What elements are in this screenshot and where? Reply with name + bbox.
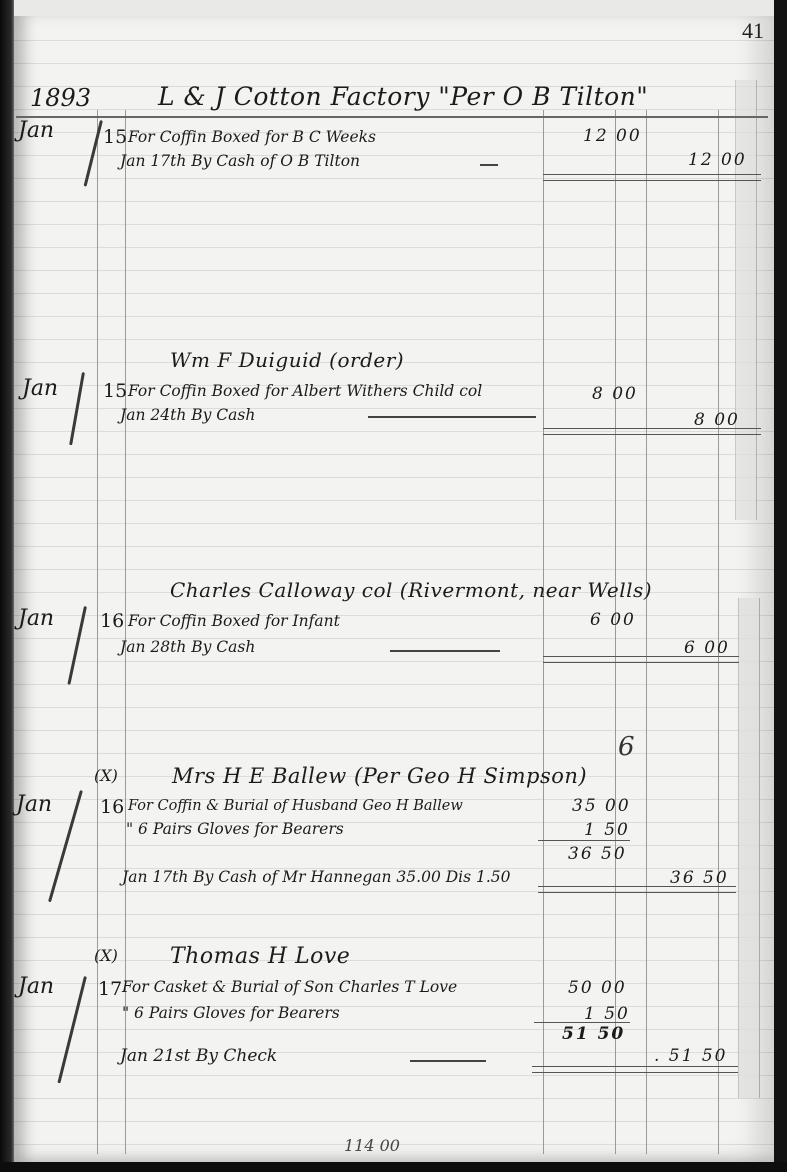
- rule-credit-start: [646, 110, 647, 1154]
- debit-amount: 1 50: [584, 1004, 630, 1024]
- entry-line: For Casket & Burial of Son Charles T Lov…: [122, 978, 457, 996]
- page-number: 41: [742, 18, 764, 44]
- debit-amount: 12 00: [583, 126, 642, 146]
- entry-marker: (X): [94, 946, 118, 965]
- scan-background-right: [774, 0, 787, 1172]
- entry-month: Jan: [18, 974, 54, 999]
- entry-line: Jan 17th By Cash of Mr Hannegan 35.00 Di…: [122, 868, 511, 886]
- entry-day: 15: [103, 380, 127, 402]
- scan-background-bottom: [0, 1162, 787, 1172]
- credit-amount: . 51 50: [654, 1046, 727, 1066]
- fill-dash: [410, 1060, 486, 1062]
- closing-double-rule: [543, 656, 739, 663]
- entry-line: For Coffin Boxed for B C Weeks: [128, 128, 376, 146]
- entry-line: " 6 Pairs Gloves for Bearers: [122, 1004, 340, 1022]
- entry-line: Jan 24th By Cash: [120, 406, 255, 424]
- header-rule: [16, 116, 768, 118]
- rule-debit-start: [543, 110, 544, 1154]
- closing-double-rule: [543, 174, 761, 181]
- fill-dash: [390, 650, 500, 652]
- rule-credit-cents: [718, 110, 719, 1154]
- closing-double-rule: [538, 886, 736, 893]
- subtotal-amount: 36 50: [568, 844, 627, 864]
- entry-month: Jan: [18, 606, 54, 631]
- debit-amount: 1 50: [584, 820, 630, 840]
- credit-amount: 12 00: [688, 150, 747, 170]
- entry-line: Jan 17th By Cash of O B Tilton: [120, 152, 360, 170]
- entry-line: " 6 Pairs Gloves for Bearers: [126, 820, 344, 838]
- closing-double-rule: [532, 1066, 738, 1073]
- account-name: L & J Cotton Factory "Per O B Tilton": [158, 82, 648, 111]
- index-tab: [738, 598, 760, 1098]
- entry-line: For Coffin Boxed for Albert Withers Chil…: [128, 382, 482, 400]
- page-footer-total: 114 00: [344, 1136, 400, 1155]
- entry-month: Jan: [16, 792, 52, 817]
- account-name: Mrs H E Ballew (Per Geo H Simpson): [172, 764, 587, 788]
- subtotal-rule: [534, 1022, 630, 1023]
- ledger-year: 1893: [30, 84, 91, 112]
- entry-marker: (X): [94, 766, 118, 785]
- entry-day: 15: [103, 126, 127, 148]
- account-name: Wm F Duiguid (order): [170, 348, 404, 372]
- credit-amount: 36 50: [670, 868, 729, 888]
- page-top-edge: [14, 0, 774, 16]
- entry-month: Jan: [22, 376, 58, 401]
- closing-double-rule: [543, 428, 761, 435]
- entry-month: Jan: [18, 118, 54, 143]
- entry-line: For Coffin & Burial of Husband Geo H Bal…: [128, 798, 463, 814]
- debit-amount: 35 00: [572, 796, 631, 816]
- subtotal-amount: 51 50: [562, 1024, 625, 1044]
- credit-amount: 6 00: [684, 638, 730, 658]
- credit-amount: 8 00: [694, 410, 740, 430]
- subtotal-rule: [538, 840, 630, 841]
- debit-amount: 6 00: [590, 610, 636, 630]
- index-tab: [735, 80, 757, 520]
- fill-dash: [480, 164, 498, 166]
- rule-day-particulars: [125, 110, 126, 1154]
- fill-dash: [368, 416, 536, 418]
- entry-day: 16: [100, 610, 124, 632]
- entry-day: 16: [100, 796, 124, 818]
- entry-line: For Coffin Boxed for Infant: [128, 612, 340, 630]
- entry-line: Jan 28th By Cash: [120, 638, 255, 656]
- account-name: Charles Calloway col (Rivermont, near We…: [170, 578, 652, 602]
- debit-amount: 50 00: [568, 978, 627, 998]
- debit-amount: 8 00: [592, 384, 638, 404]
- entry-line: Jan 21st By Check: [120, 1046, 277, 1066]
- entry-day: 17: [98, 978, 122, 1000]
- account-name: Thomas H Love: [170, 944, 350, 969]
- margin-note: 6: [618, 732, 635, 762]
